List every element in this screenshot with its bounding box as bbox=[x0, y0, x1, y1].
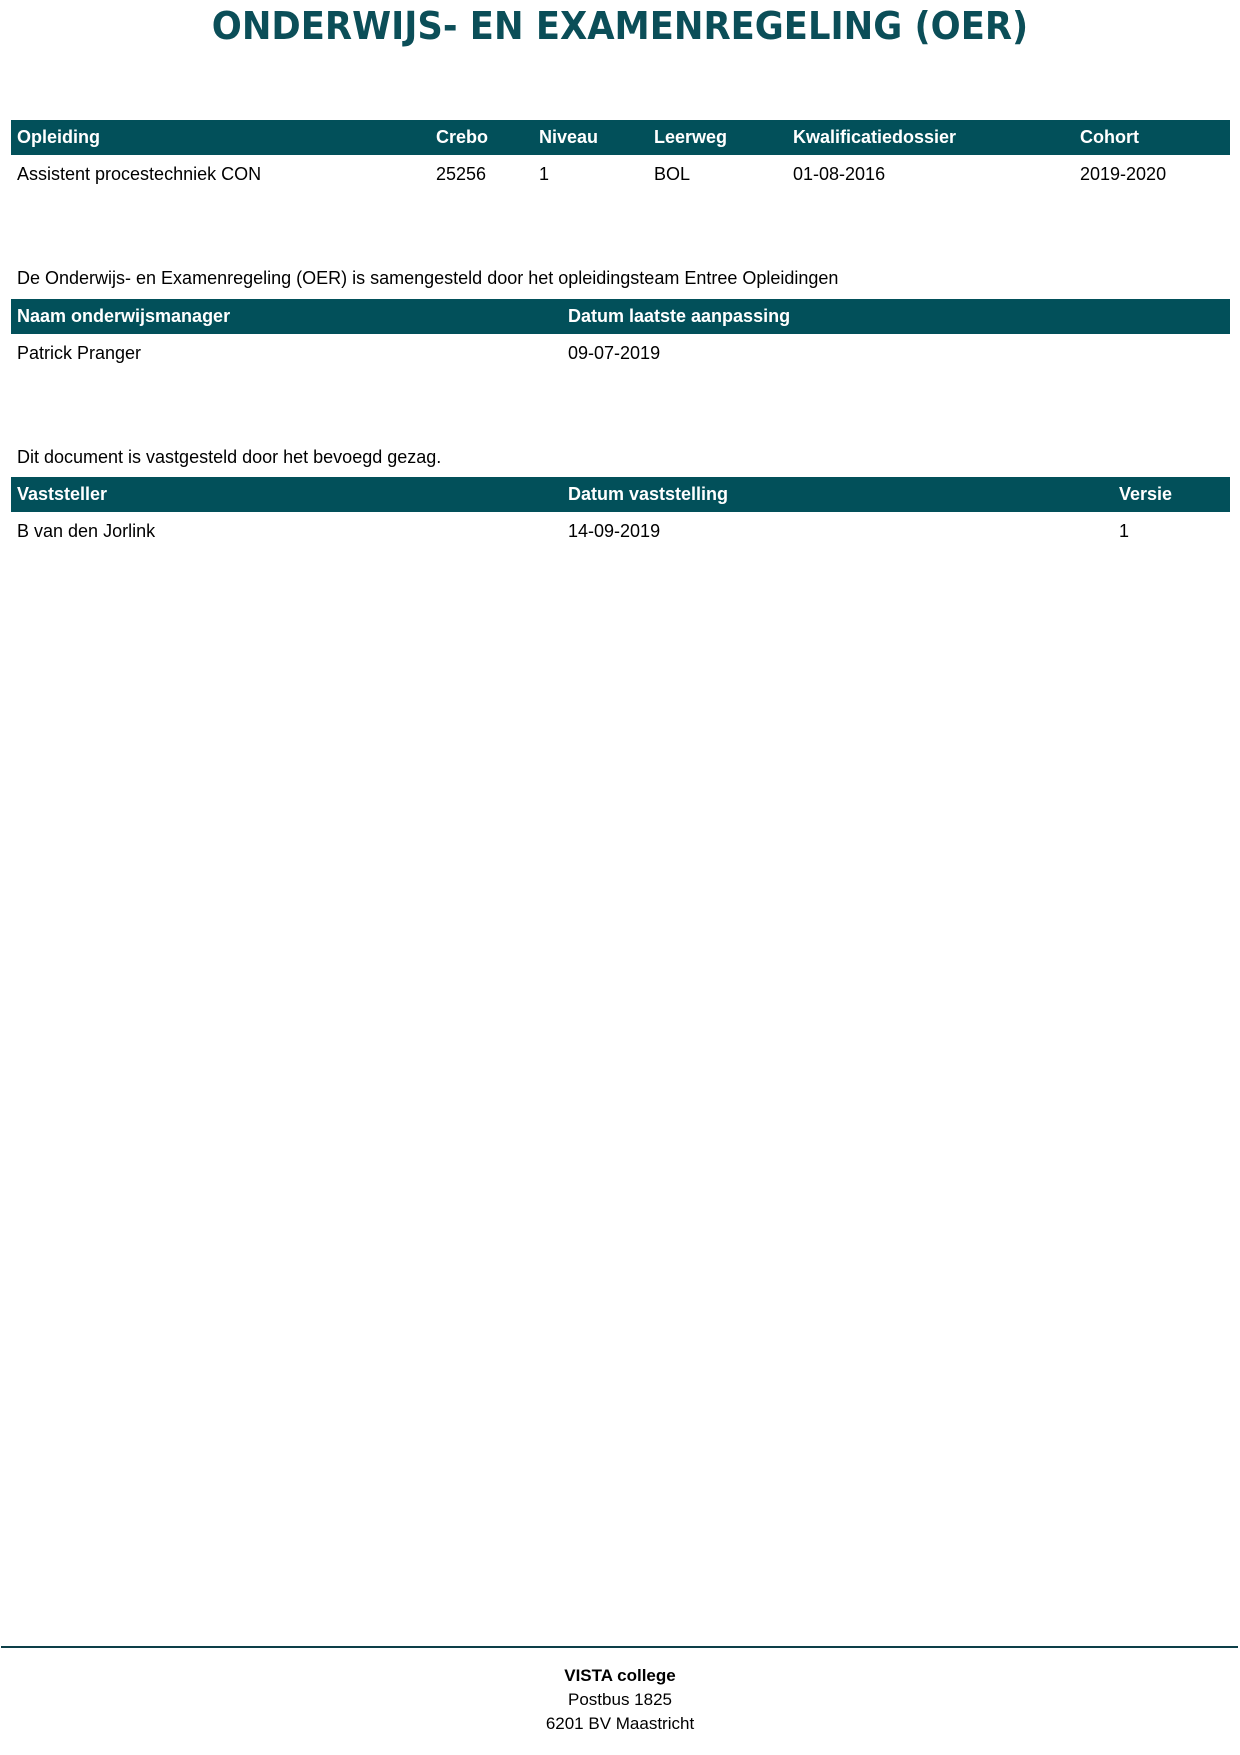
column-header-datum-laatste-aanpassing: Datum laatste aanpassing bbox=[562, 299, 1230, 334]
adoption-intro: Dit document is vastgesteld door het bev… bbox=[17, 446, 441, 468]
table-header-row: Naam onderwijsmanager Datum laatste aanp… bbox=[11, 299, 1230, 334]
adoption-table: Vaststeller Datum vaststelling Versie B … bbox=[11, 477, 1230, 550]
cell-datum-vaststelling: 14-09-2019 bbox=[562, 512, 1113, 550]
column-header-cohort: Cohort bbox=[1074, 120, 1230, 155]
column-header-niveau: Niveau bbox=[533, 120, 648, 155]
column-header-crebo: Crebo bbox=[430, 120, 533, 155]
cell-vaststeller: B van den Jorlink bbox=[11, 512, 562, 550]
cell-niveau: 1 bbox=[533, 155, 648, 193]
column-header-vaststeller: Vaststeller bbox=[11, 477, 562, 512]
footer-address-line1: Postbus 1825 bbox=[0, 1688, 1240, 1712]
cell-datum-laatste-aanpassing: 09-07-2019 bbox=[562, 334, 1230, 372]
table-row: Assistent procestechniek CON 25256 1 BOL… bbox=[11, 155, 1230, 193]
cell-versie: 1 bbox=[1113, 512, 1230, 550]
footer: VISTA college Postbus 1825 6201 BV Maast… bbox=[0, 1664, 1240, 1736]
column-header-opleiding: Opleiding bbox=[11, 120, 430, 155]
cell-opleiding: Assistent procestechniek CON bbox=[11, 155, 430, 193]
footer-organization: VISTA college bbox=[0, 1664, 1240, 1688]
footer-divider bbox=[1, 1646, 1238, 1648]
cell-cohort: 2019-2020 bbox=[1074, 155, 1230, 193]
composition-table: Naam onderwijsmanager Datum laatste aanp… bbox=[11, 299, 1230, 372]
column-header-naam-onderwijsmanager: Naam onderwijsmanager bbox=[11, 299, 562, 334]
cell-kwalificatiedossier: 01-08-2016 bbox=[787, 155, 1074, 193]
column-header-versie: Versie bbox=[1113, 477, 1230, 512]
column-header-kwalificatiedossier: Kwalificatiedossier bbox=[787, 120, 1074, 155]
column-header-leerweg: Leerweg bbox=[648, 120, 787, 155]
table-header-row: Vaststeller Datum vaststelling Versie bbox=[11, 477, 1230, 512]
footer-address-line2: 6201 BV Maastricht bbox=[0, 1712, 1240, 1736]
table-header-row: Opleiding Crebo Niveau Leerweg Kwalifica… bbox=[11, 120, 1230, 155]
column-header-datum-vaststelling: Datum vaststelling bbox=[562, 477, 1113, 512]
programme-table: Opleiding Crebo Niveau Leerweg Kwalifica… bbox=[11, 120, 1230, 193]
table-row: B van den Jorlink 14-09-2019 1 bbox=[11, 512, 1230, 550]
cell-naam-onderwijsmanager: Patrick Pranger bbox=[11, 334, 562, 372]
cell-leerweg: BOL bbox=[648, 155, 787, 193]
table-row: Patrick Pranger 09-07-2019 bbox=[11, 334, 1230, 372]
page-title: ONDERWIJS- EN EXAMENREGELING (OER) bbox=[43, 2, 1196, 50]
composition-intro: De Onderwijs- en Examenregeling (OER) is… bbox=[17, 267, 838, 289]
cell-crebo: 25256 bbox=[430, 155, 533, 193]
